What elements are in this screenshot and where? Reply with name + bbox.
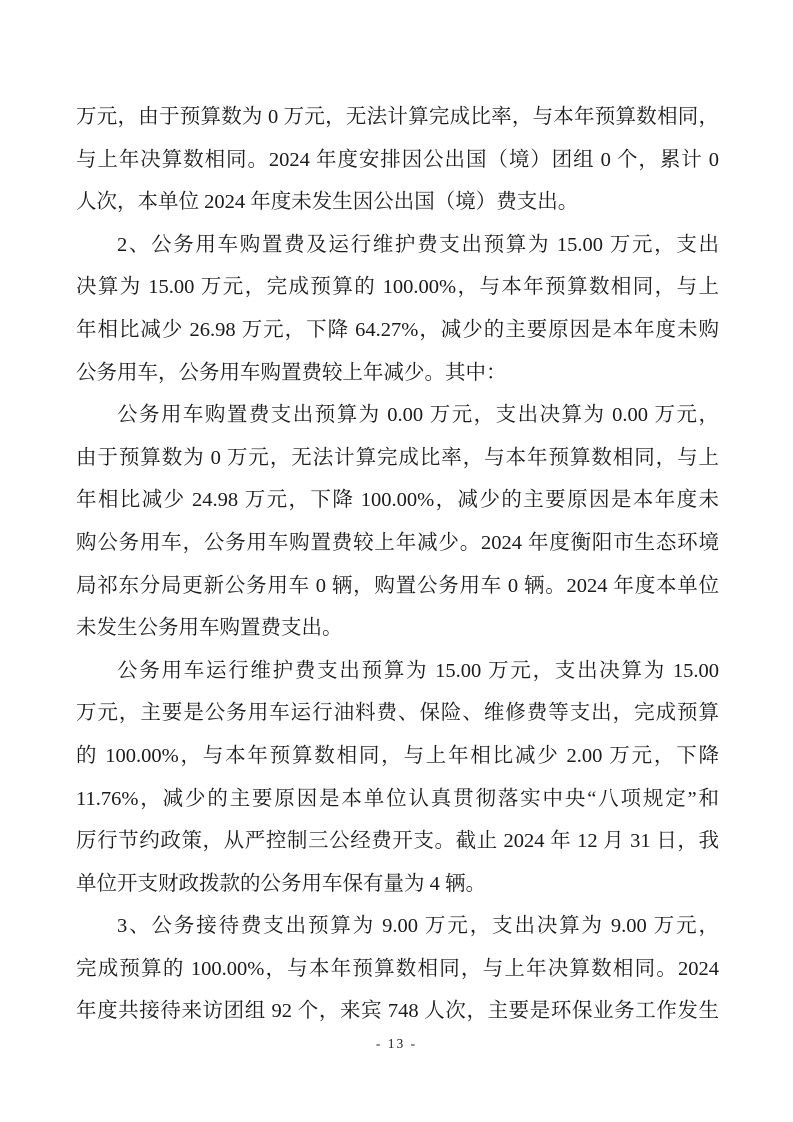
text-line: 局祁东分局更新公务用车 0 辆，购置公务用车 0 辆。2024 年度本单位 (76, 565, 719, 608)
text-line: 的 100.00%，与本年预算数相同，与上年相比减少 2.00 万元，下降 (76, 735, 719, 778)
text-line: 3、公务接待费支出预算为 9.00 万元，支出决算为 9.00 万元， (76, 905, 719, 948)
text-line: 未发生公务用车购置费支出。 (76, 607, 719, 650)
text-line: 人次，本单位 2024 年度未发生因公出国（境）费支出。 (76, 181, 719, 224)
text-line: 万元，由于预算数为 0 万元，无法计算完成比率，与本年预算数相同， (76, 96, 719, 139)
text-line: 单位开支财政拨款的公务用车保有量为 4 辆。 (76, 863, 719, 906)
text-line: 年相比减少 24.98 万元，下降 100.00%，减少的主要原因是本年度未 (76, 479, 719, 522)
text-line: 2、公务用车购置费及运行维护费支出预算为 15.00 万元，支出 (76, 224, 719, 267)
text-line: 公务用车购置费支出预算为 0.00 万元，支出决算为 0.00 万元， (76, 394, 719, 437)
text-line: 由于预算数为 0 万元，无法计算完成比率，与本年预算数相同，与上 (76, 437, 719, 480)
text-line: 完成预算的 100.00%，与本年预算数相同，与上年决算数相同。2024 (76, 948, 719, 991)
paragraph: 2、公务用车购置费及运行维护费支出预算为 15.00 万元，支出决算为 15.0… (76, 224, 719, 394)
document-page: 万元，由于预算数为 0 万元，无法计算完成比率，与本年预算数相同，与上年决算数相… (0, 0, 793, 1122)
text-line: 购公务用车，公务用车购置费较上年减少。2024 年度衡阳市生态环境 (76, 522, 719, 565)
paragraph: 公务用车运行维护费支出预算为 15.00 万元，支出决算为 15.00万元，主要… (76, 650, 719, 906)
text-line: 11.76%，减少的主要原因是本单位认真贯彻落实中央“八项规定”和 (76, 778, 719, 821)
paragraph: 3、公务接待费支出预算为 9.00 万元，支出决算为 9.00 万元，完成预算的… (76, 905, 719, 1033)
text-line: 与上年决算数相同。2024 年度安排因公出国（境）团组 0 个，累计 0 (76, 139, 719, 182)
document-body: 万元，由于预算数为 0 万元，无法计算完成比率，与本年预算数相同，与上年决算数相… (76, 96, 719, 1033)
text-line: 年相比减少 26.98 万元，下降 64.27%，减少的主要原因是本年度未购 (76, 309, 719, 352)
paragraph: 万元，由于预算数为 0 万元，无法计算完成比率，与本年预算数相同，与上年决算数相… (76, 96, 719, 224)
page-number: - 13 - (0, 1036, 793, 1052)
text-line: 年度共接待来访团组 92 个，来宾 748 人次，主要是环保业务工作发生 (76, 990, 719, 1033)
paragraph: 公务用车购置费支出预算为 0.00 万元，支出决算为 0.00 万元，由于预算数… (76, 394, 719, 650)
text-line: 公务用车运行维护费支出预算为 15.00 万元，支出决算为 15.00 (76, 650, 719, 693)
text-line: 厉行节约政策，从严控制三公经费开支。截止 2024 年 12 月 31 日，我 (76, 820, 719, 863)
text-line: 决算为 15.00 万元，完成预算的 100.00%，与本年预算数相同，与上 (76, 266, 719, 309)
text-line: 公务用车，公务用车购置费较上年减少。其中： (76, 352, 719, 395)
text-line: 万元，主要是公务用车运行油料费、保险、维修费等支出，完成预算 (76, 692, 719, 735)
